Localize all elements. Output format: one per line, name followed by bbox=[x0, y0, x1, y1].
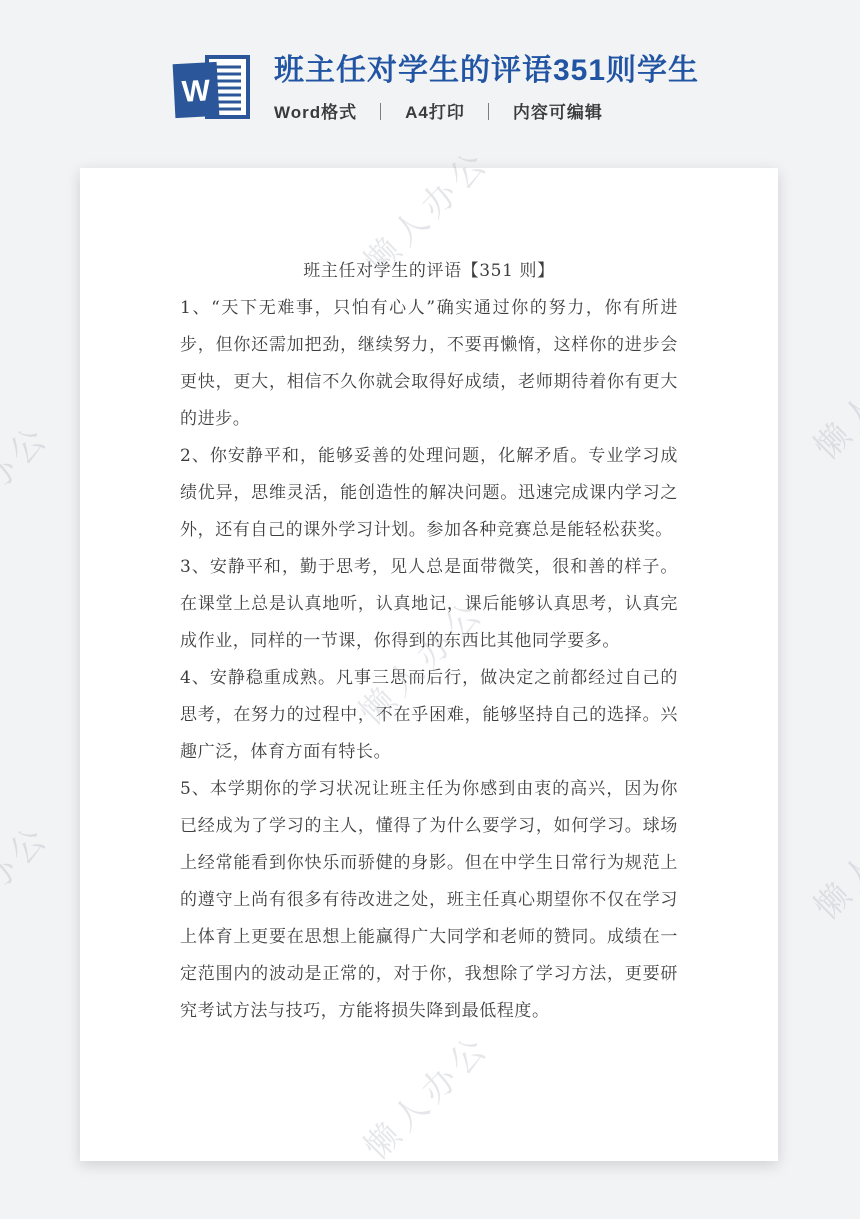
doc-paragraph: 4、安静稳重成熟。凡事三思而后行，做决定之前都经过自己的思考，在努力的过程中，不… bbox=[180, 660, 678, 771]
meta-editable: 内容可编辑 bbox=[513, 103, 603, 122]
document-meta: Word格式｜A4打印｜内容可编辑 bbox=[274, 98, 699, 123]
svg-text:W: W bbox=[181, 74, 212, 108]
doc-paragraph: 2、你安静平和，能够妥善的处理问题，化解矛盾。专业学习成绩优异，思维灵活，能创造… bbox=[180, 438, 678, 549]
document-page: 班主任对学生的评语【351 则】 1、“天下无难事，只怕有心人”确实通过你的努力… bbox=[80, 168, 778, 1161]
watermark: 懒人办公 bbox=[0, 411, 59, 559]
doc-paragraph: 1、“天下无难事，只怕有心人”确实通过你的努力，你有所进步，但你还需加把劲，继续… bbox=[180, 290, 678, 438]
meta-format: Word格式 bbox=[274, 103, 357, 122]
watermark: 懒人办公 bbox=[801, 781, 860, 929]
document-content: 班主任对学生的评语【351 则】 1、“天下无难事，只怕有心人”确实通过你的努力… bbox=[80, 168, 778, 1030]
watermark: 懒人办公 bbox=[801, 321, 860, 469]
word-icon: W bbox=[170, 54, 252, 122]
doc-paragraph: 5、本学期你的学习状况让班主任为你感到由衷的高兴，因为你已经成为了学习的主人，懂… bbox=[180, 771, 678, 1030]
meta-separator: ｜ bbox=[480, 103, 498, 122]
meta-print: A4打印 bbox=[405, 103, 465, 122]
document-header: W 班主任对学生的评语351则学生 Word格式｜A4打印｜内容可编辑 bbox=[170, 54, 699, 123]
doc-paragraph: 3、安静平和，勤于思考，见人总是面带微笑，很和善的样子。在课堂上总是认真地听，认… bbox=[180, 549, 678, 660]
doc-title: 班主任对学生的评语【351 则】 bbox=[180, 253, 678, 290]
header-text: 班主任对学生的评语351则学生 Word格式｜A4打印｜内容可编辑 bbox=[274, 54, 699, 123]
page-title: 班主任对学生的评语351则学生 bbox=[274, 54, 699, 88]
watermark: 懒人办公 bbox=[0, 811, 59, 959]
meta-separator: ｜ bbox=[372, 103, 390, 122]
